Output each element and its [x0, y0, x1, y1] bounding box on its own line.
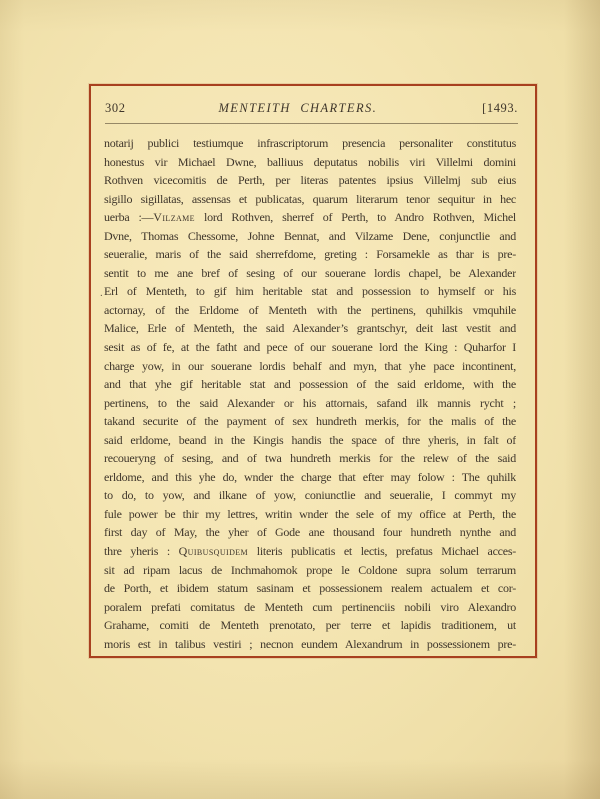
text-line: pertinens, to the said Alexander or his … [104, 394, 516, 413]
text-line: Grahame, comiti de Menteth prenotato, pe… [104, 616, 516, 635]
text-line: sesit as of fe, at the fatht and pece of… [104, 338, 516, 357]
text-line: to do, to yow, and ilkane of yow, coniun… [104, 486, 516, 505]
text-line: takand securite of the payment of sex hu… [104, 412, 516, 431]
text-line: de Porth, et ibidem statum sasinam et po… [104, 579, 516, 598]
text-line: recoueryng of sesing, and of twa hundret… [104, 449, 516, 468]
year-label: [1493. [482, 101, 518, 116]
page-header: 302 MENTEITH CHARTERS. [1493. [91, 86, 535, 116]
text-line: Erl of Menteth, to gif him heritable sta… [104, 282, 516, 301]
text-line: erldome, and this yhe do, wnder the char… [104, 468, 516, 487]
text-line: actornay, of the Erldome of Menteth with… [104, 301, 516, 320]
running-title: MENTEITH CHARTERS. [218, 101, 377, 116]
text-line: and that yhe gif heritable stat and poss… [104, 375, 516, 394]
text-line: said erldome, beand in the Kingis handis… [104, 431, 516, 450]
text-line: sit ad ripam lacus de Inchmahomok prope … [104, 561, 516, 580]
text-line: Rothven vicecomitis de Perth, per litera… [104, 171, 516, 190]
body-text: notarij publici testiumque infrascriptor… [104, 134, 516, 653]
text-line: sentit to me ane bref of sesing of our s… [104, 264, 516, 283]
text-line: Dvne, Thomas Chessome, Johne Bennat, and… [104, 227, 516, 246]
text-line: first day of May, the yher of Gode ane t… [104, 523, 516, 542]
text-line: moris est in talibus vestiri ; necnon eu… [104, 635, 516, 654]
text-line: uerba :—Vilzame lord Rothven, sherref of… [104, 208, 516, 227]
text-line: seueralie, maris of the said sherrefdome… [104, 245, 516, 264]
scanned-book-page: . 302 MENTEITH CHARTERS. [1493. notarij … [0, 0, 600, 799]
text-line: poralem prefati comitatus de Menteth cum… [104, 598, 516, 617]
text-line: fule power be thir my lettres, writin wn… [104, 505, 516, 524]
smallcaps-word: Quibusquidem [179, 544, 248, 558]
text-line: notarij publici testiumque infrascriptor… [104, 134, 516, 153]
text-line: charge yow, in our souerane lordis behal… [104, 357, 516, 376]
red-border-frame: 302 MENTEITH CHARTERS. [1493. notarij pu… [89, 84, 537, 658]
page-number: 302 [105, 101, 126, 116]
text-line: sigillo sigillatas, assensas et publicat… [104, 190, 516, 209]
text-line: honestus vir Michael Dwne, balliuus depu… [104, 153, 516, 172]
header-rule [105, 123, 518, 124]
text-line: thre yheris : Quibusquidem literis publi… [104, 542, 516, 561]
text-line: Malice, Erle of Menteth, the said Alexan… [104, 319, 516, 338]
smallcaps-word: Vilzame [153, 210, 195, 224]
